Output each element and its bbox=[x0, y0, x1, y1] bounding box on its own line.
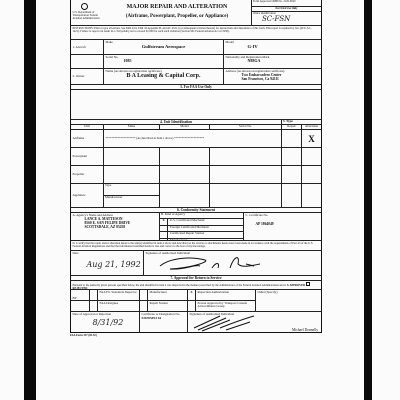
aircraft-row-2: Serial No. 1085 Nationality and Registra… bbox=[71, 55, 321, 69]
check-inspection-authorization[interactable]: X bbox=[187, 290, 195, 300]
col-unit: Unit bbox=[71, 125, 103, 129]
option-faa-designee: FAA Designee bbox=[97, 301, 139, 311]
certify-statement: D. I certify that the repair and/or alte… bbox=[71, 241, 321, 251]
approval-date: 8/31/92 bbox=[73, 316, 138, 327]
type-section-label: 5. Type bbox=[281, 120, 321, 124]
check-transport-canada[interactable] bbox=[187, 301, 195, 311]
instructions-text: INSTRUCTIONS: Print or type all entries.… bbox=[71, 26, 321, 39]
unit-row-appliance: Appliance Type Manufacturer bbox=[71, 184, 321, 208]
certificate-number: AP 1864049 bbox=[246, 217, 320, 226]
kind-of-agency: B. Kind of Agency X U.S. Certificated Me… bbox=[159, 213, 243, 240]
aircraft-serial: 1085 bbox=[106, 59, 222, 64]
col-model: Model bbox=[159, 125, 209, 129]
kind-check-2[interactable] bbox=[160, 232, 168, 238]
propeller-repair[interactable] bbox=[281, 166, 301, 183]
unit-row-powerplant: Powerplant bbox=[71, 148, 321, 166]
form-subtitle: (Airframe, Powerplant, Propeller, or App… bbox=[105, 14, 250, 20]
by-label: BY bbox=[71, 290, 89, 300]
propeller-label: Propeller bbox=[71, 166, 103, 183]
office-id-value: SC-FSN bbox=[252, 15, 321, 23]
kind-check-3[interactable] bbox=[160, 239, 168, 241]
faa-box: Form Approved OMB No. 2120-0020 For FAA … bbox=[251, 0, 321, 25]
airframe-alteration-check[interactable]: X bbox=[301, 130, 321, 147]
appliance-label: Appliance bbox=[71, 184, 103, 207]
dot-seal-icon bbox=[81, 3, 88, 10]
check-faa-designee[interactable] bbox=[89, 301, 97, 311]
owner-section-label: 2. Owner bbox=[71, 69, 103, 84]
form-approved: Form Approved OMB No. 2120-0020 bbox=[252, 0, 321, 7]
powerplant-label: Powerplant bbox=[71, 148, 103, 165]
agency-label: U.S. Department of Transportation Federa… bbox=[73, 11, 102, 21]
faa-use-section-label: 3. For FAA Use Only bbox=[71, 85, 321, 89]
rejected-check[interactable] bbox=[306, 282, 310, 286]
option-transport-canada: Person Approved by Transport Canada Airw… bbox=[195, 301, 255, 311]
powerplant-alteration[interactable] bbox=[301, 148, 321, 165]
certify-text: D. I certify that the repair and/or alte… bbox=[71, 241, 321, 250]
conformity-signature-field[interactable]: Signature of Authorized Individual bbox=[143, 251, 321, 275]
appliance-alteration[interactable] bbox=[301, 184, 321, 207]
rejected-label: REJECTED bbox=[73, 287, 88, 289]
kind-check-1[interactable] bbox=[160, 226, 168, 232]
conformity-date: Aug 21, 1992 bbox=[73, 255, 142, 269]
approval-by-row-2: FAA Designee Repair Station Person Appro… bbox=[71, 301, 321, 312]
appliance-manufacturer-label: Manufacturer bbox=[104, 196, 159, 200]
option-manufacturer: Manufacturer bbox=[147, 290, 187, 300]
check-repair-station[interactable] bbox=[139, 301, 147, 311]
unit-row-propeller: Propeller bbox=[71, 166, 321, 184]
aircraft-make: Gulfstream Aerospace bbox=[106, 44, 222, 49]
option-inspection-authorization: Inspection Authorization bbox=[195, 290, 255, 300]
appliance-repair[interactable] bbox=[281, 184, 301, 207]
faa-form-337: U.S. Department of Transportation Federa… bbox=[70, 0, 322, 333]
signature-scribble-icon bbox=[190, 314, 260, 332]
owner-row: 2. Owner Name (As shown on registration … bbox=[71, 69, 321, 85]
kind-option-manufacturer[interactable]: Manufacturer bbox=[160, 239, 243, 241]
check-manufacturer[interactable] bbox=[139, 290, 147, 300]
signer-name: Michael Donnelly bbox=[292, 328, 318, 332]
approval-section-label: 7. Approval for Return to Service bbox=[71, 276, 321, 280]
airframe-value: ******************** (As described in It… bbox=[103, 130, 281, 147]
owner-name: B A Leasing & Capital Corp. bbox=[106, 73, 222, 80]
conformity-body: A. Agency's Name and Address LANCE A. MA… bbox=[71, 213, 321, 241]
form-number: FAA Form 337 (05-92) bbox=[70, 334, 97, 337]
owner-address-line2: San Francisco, Ca 94111 bbox=[226, 77, 320, 81]
instructions: INSTRUCTIONS: Print or type all entries.… bbox=[71, 26, 321, 40]
approval-text: Pursuant to the authority given persons … bbox=[73, 284, 287, 287]
signature-scribble-icon bbox=[150, 254, 270, 274]
col-serial: Serial No. bbox=[209, 125, 281, 129]
aircraft-section-label: 1. Aircraft bbox=[71, 40, 103, 54]
col-repair: Repair bbox=[281, 125, 301, 129]
approval-signature-field[interactable]: Signature of Authorized Individual Micha… bbox=[187, 312, 321, 333]
airframe-label: Airframe bbox=[71, 130, 103, 147]
scan-border-left bbox=[24, 0, 36, 400]
form-header: U.S. Department of Transportation Federa… bbox=[71, 0, 321, 26]
option-repair-station: Repair Station bbox=[147, 301, 187, 311]
powerplant-repair[interactable] bbox=[281, 148, 301, 165]
approval-text-row: Pursuant to the authority given persons … bbox=[71, 281, 321, 290]
title-block: MAJOR REPAIR AND ALTERATION (Airframe, P… bbox=[103, 0, 251, 25]
aircraft-registration: N88GA bbox=[226, 59, 320, 64]
aircraft-row-1: 1. Aircraft Make Gulfstream Aerospace Mo… bbox=[71, 40, 321, 55]
approval-signature-row: Date of Approval or Rejection 8/31/92 Ce… bbox=[71, 312, 321, 333]
propeller-alteration[interactable] bbox=[301, 166, 321, 183]
unit-id-section-label: 4. Unit Identification bbox=[71, 120, 281, 124]
form-title: MAJOR REPAIR AND ALTERATION bbox=[105, 4, 250, 11]
check-faa-inspector[interactable] bbox=[89, 290, 97, 300]
conformity-signature-row: Date Aug 21, 1992 Signature of Authorize… bbox=[71, 251, 321, 276]
airframe-repair[interactable] bbox=[281, 130, 301, 147]
col-make: Make bbox=[103, 125, 159, 129]
agency-block: U.S. Department of Transportation Federa… bbox=[71, 0, 103, 25]
faa-use-area bbox=[71, 90, 321, 120]
scan-border-right bbox=[364, 0, 372, 400]
approval-certificate: 526705494 IA bbox=[142, 316, 186, 321]
kind-check-0[interactable]: X bbox=[160, 219, 168, 225]
approved-label: APPROVED bbox=[289, 284, 305, 287]
unit-row-airframe: Airframe ******************** (As descri… bbox=[71, 130, 321, 148]
conformity-section-label: 6. Conformity Statement bbox=[71, 208, 321, 212]
approval-by-row-1: BY FAA Flt. Standards Inspector Manufact… bbox=[71, 290, 321, 301]
col-alteration: Alteration bbox=[301, 125, 321, 129]
agency-address2: SCOTTSDALE, AZ 85258 bbox=[73, 225, 158, 229]
option-faa-inspector: FAA Flt. Standards Inspector bbox=[97, 290, 139, 300]
aircraft-model: G-IV bbox=[226, 44, 320, 49]
